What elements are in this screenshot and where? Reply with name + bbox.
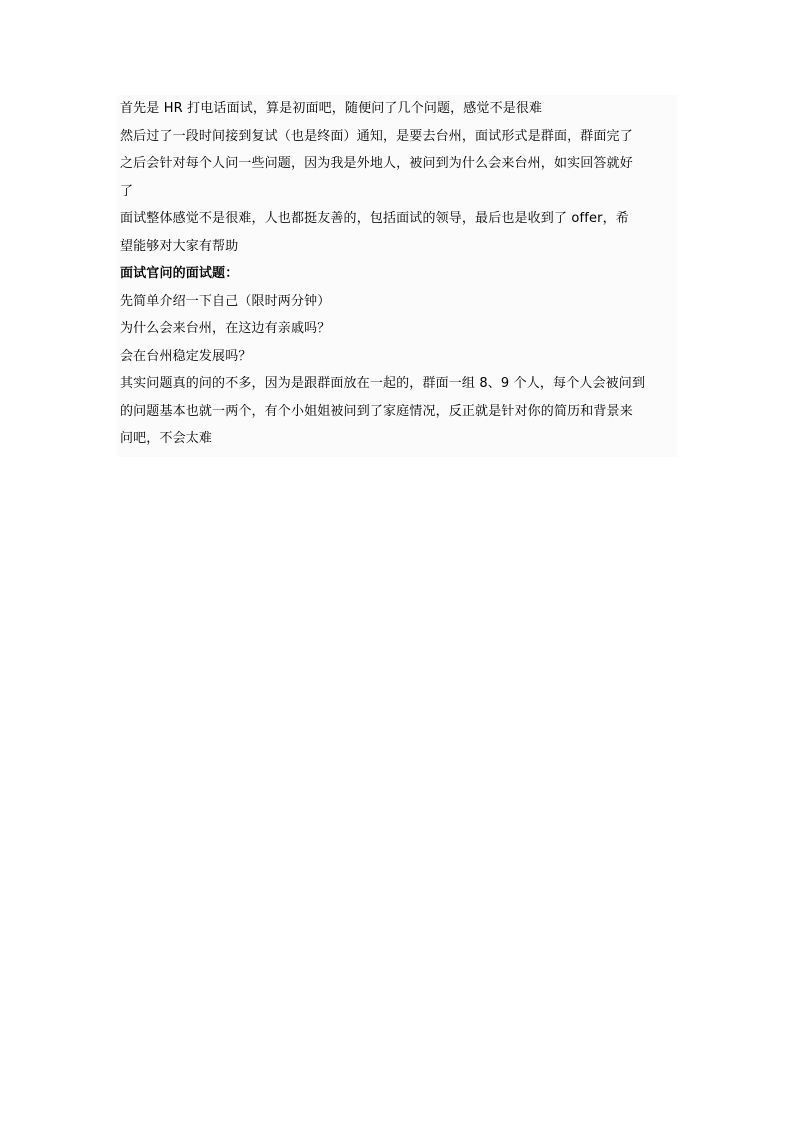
question-list: 先简单介绍一下自己（限时两分钟） 为什么会来台州，在这边有亲戚吗？ 会在台州稳定… (120, 288, 677, 371)
question-item: 为什么会来台州，在这边有亲戚吗？ (120, 315, 677, 343)
paragraph-first-interview: 首先是 HR 打电话面试，算是初面吧，随便问了几个问题，感觉不是很难 (120, 95, 677, 123)
interview-text-block: 首先是 HR 打电话面试，算是初面吧，随便问了几个问题，感觉不是很难 然后过了一… (117, 95, 677, 457)
text-line: 问吧，不会太难 (120, 425, 677, 453)
text-line: 的问题基本也就一两个，有个小姐姐被问到了家庭情况，反正就是针对你的简历和背景来 (120, 398, 677, 426)
text-line: 望能够对大家有帮助 (120, 233, 677, 261)
text-line: 了 (120, 178, 677, 206)
paragraph-overall-impression: 面试整体感觉不是很难，人也都挺友善的，包括面试的领导，最后也是收到了 offer… (120, 205, 677, 260)
text-line: 然后过了一段时间接到复试（也是终面）通知，是要去台州，面试形式是群面，群面完了 (120, 123, 677, 151)
paragraph-second-interview: 然后过了一段时间接到复试（也是终面）通知，是要去台州，面试形式是群面，群面完了 … (120, 123, 677, 206)
text-line: 面试整体感觉不是很难，人也都挺友善的，包括面试的领导，最后也是收到了 offer… (120, 205, 677, 233)
question-item: 先简单介绍一下自己（限时两分钟） (120, 288, 677, 316)
text-line: 之后会针对每个人问一些问题，因为我是外地人，被问到为什么会来台州，如实回答就好 (120, 150, 677, 178)
paragraph-closing: 其实问题真的问的不多，因为是跟群面放在一起的，群面一组 8、9 个人，每个人会被… (120, 370, 677, 453)
question-item: 会在台州稳定发展吗？ (120, 343, 677, 371)
section-heading: 面试官问的面试题： (120, 260, 677, 288)
text-line: 首先是 HR 打电话面试，算是初面吧，随便问了几个问题，感觉不是很难 (120, 95, 677, 123)
text-line: 其实问题真的问的不多，因为是跟群面放在一起的，群面一组 8、9 个人，每个人会被… (120, 370, 677, 398)
